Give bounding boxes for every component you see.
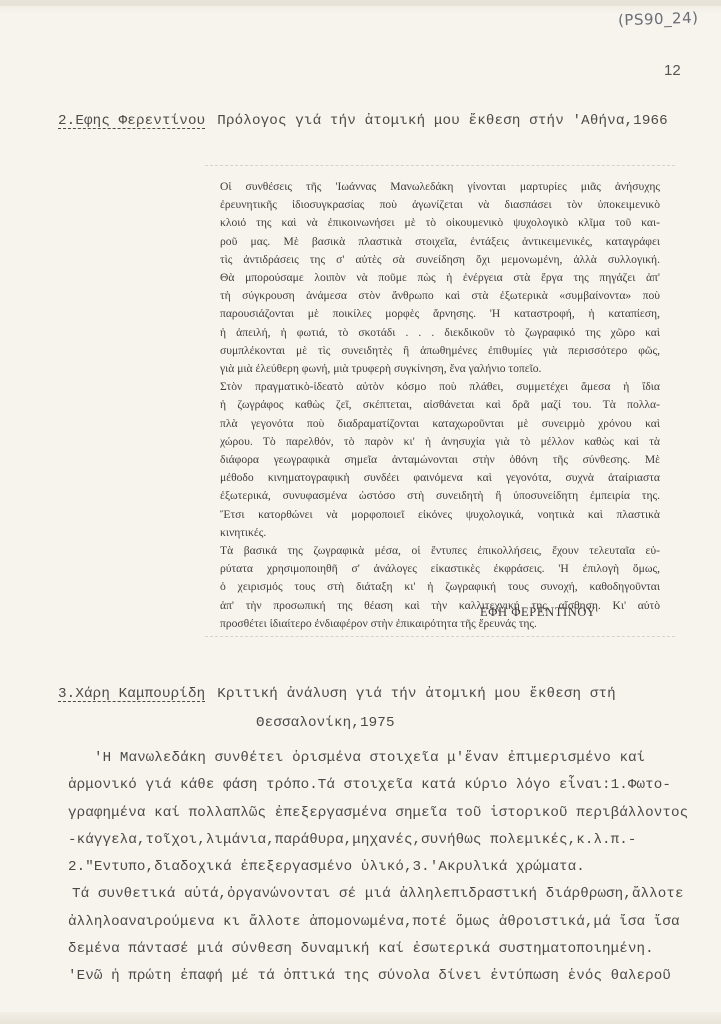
clipping-line: πλὰ γεγονότα ποὺ διαδραματίζονται καταχω… xyxy=(220,415,660,433)
clipping-line: μέθοδο κινηματογραφικὴ συνδέει φαινόμενα… xyxy=(220,469,660,487)
section-2-title: Πρόλογος γιά τήν ἀτομική μου ἔκθεση στήν… xyxy=(217,113,668,129)
clipping-line: τὴ σύγκρουση ἀνάμεσα στὸν ἄνθρωπο καὶ στ… xyxy=(220,287,660,305)
body-line: Τά συνθετικά αὐτά,ὀργανώνονται σέ μιά ἀλ… xyxy=(68,881,708,908)
clipping-line: ἡ ζωγράφος καθὼς ζεῖ, σκέπτεται, αἰσθάνε… xyxy=(220,396,660,414)
section-3-body: 'Η Μανωλεδάκη συνθέτει ὁρισμένα στοιχεῖα… xyxy=(68,745,708,991)
page-number: 12 xyxy=(664,62,681,79)
printed-clipping-text: Οἱ συνθέσεις τῆς 'Ιωάννας Μανωλεδάκη γίν… xyxy=(220,178,660,633)
clipping-signature: ΕΦΗ ΦΕΡΕΝΤΙΝΟΥ xyxy=(480,605,596,620)
clipping-line: τὶς ἀντιδράσεις της σ' αὐτὲς σὰ συνείδησ… xyxy=(220,251,660,269)
body-line: 'Η Μανωλεδάκη συνθέτει ὁρισμένα στοιχεῖα… xyxy=(68,745,708,772)
clipping-line: ἐξωτερικά, συνυφασμένα ὡστόσο στὴ συνειδ… xyxy=(220,487,660,505)
section-2-heading: 2.Εφης ΦερεντίνουΠρόλογος γιά τήν ἀτομικ… xyxy=(58,113,668,129)
clipping-line: παρουσιάζονται μὲ ποικίλες μορφὲς ἄρνηση… xyxy=(220,305,660,323)
page-top-edge xyxy=(0,0,721,6)
body-line: ἀλληλοαναιρούμενα κι ἄλλοτε ἀπομονωμένα,… xyxy=(68,909,708,936)
clipping-line: Στὸν πραγματικὸ-ἰδεατὸ αὐτὸν κόσμο ποὺ π… xyxy=(220,378,660,396)
clipping-line: γιὰ μιὰ ἐλεύθερη φωνή, μιὰ τρυφερὴ συγκί… xyxy=(220,360,660,378)
clipping-line: Ἔτσι κατορθώνει νὰ μορφοποιεῖ εἰκόνες ψυ… xyxy=(220,506,660,524)
clipping-line: κλοιό της καὶ νὰ ἐπικοινωνήσει μὲ τὸ οἰκ… xyxy=(220,214,660,232)
body-line: ἁρμονικό γιά κάθε φάση τρόπο.Τά στοιχεῖα… xyxy=(68,772,708,799)
clipping-line: διάφορα γεωγραφικὰ σημεῖα ἀνταμώνονται σ… xyxy=(220,451,660,469)
archive-reference-note: (PS90_24) xyxy=(618,9,699,30)
clipping-line: συμπλέκονται μὲ τὶς συνειδητὲς ἢ ἀπωθημέ… xyxy=(220,342,660,360)
clipping-line: Οἱ συνθέσεις τῆς 'Ιωάννας Μανωλεδάκη γίν… xyxy=(220,178,660,196)
document-page: (PS90_24) 12 2.Εφης ΦερεντίνουΠρόλογος γ… xyxy=(0,0,721,1024)
clipping-line: κινητικές. xyxy=(220,524,660,542)
clipping-line: Τὰ βασικά της ζωγραφικὰ μέσα, οἱ ἔντυπες… xyxy=(220,542,660,560)
clipping-line: ἡ ἀπειλή, ἡ φωτιά, τὸ σκοτάδι . . . διεκ… xyxy=(220,324,660,342)
clipping-line: ρύτατα χρησιμοποιηθῆ σ' ἀνάλογες εἰκαστι… xyxy=(220,560,660,578)
section-3-heading: 3.Χάρη ΚαμπουρίδηΚριτική ἀνάλυση γιά τήν… xyxy=(58,680,616,738)
clipping-line: ροῦ μας. Μὲ βασικὰ πλαστικὰ στοιχεῖα, ἐν… xyxy=(220,233,660,251)
section-3-author: 3.Χάρη Καμπουρίδη xyxy=(58,686,205,702)
body-line: δεμένα πάντασέ μιά σύνθεση δυναμική καί … xyxy=(68,936,708,963)
clipping-line: ὁ χειρισμός τους στὴ διάταξη κι' ἡ ζωγρα… xyxy=(220,578,660,596)
body-line: -κάγγελα,τοῖχοι,λιμάνια,παράθυρα,μηχανές… xyxy=(68,827,708,854)
body-line: γραφημένα καί πολλαπλῶς ἐπεξεργασμένα ση… xyxy=(68,800,708,827)
section-3-title-line-1: Κριτική ἀνάλυση γιά τήν ἀτομική μου ἔκθε… xyxy=(217,686,616,702)
body-line: 'Ενῶ ἡ πρώτη ἐπαφή μέ τά ὀπτικά της σύνο… xyxy=(68,963,708,990)
body-line: 2."Εντυπο,διαδοχικά ἐπεξεργασμένο ὑλικό,… xyxy=(68,854,708,881)
section-2-author: 2.Εφης Φερεντίνου xyxy=(58,113,205,129)
page-bottom-edge xyxy=(0,1012,721,1024)
clipping-line: χώρου. Τὸ παρελθόν, τὸ παρὸν κι' ἡ ἀνησυ… xyxy=(220,433,660,451)
section-3-title-line-2: Θεσσαλονίκη,1975 xyxy=(58,709,616,738)
clipping-line: ἐρευνητικῆς ἰδιοσυγκρασίας ποὺ ἀγωνίζετα… xyxy=(220,196,660,214)
clipping-line: Θὰ μπορούσαμε λοιπὸν νὰ ποῦμε πὼς ἡ ἐνέρ… xyxy=(220,269,660,287)
